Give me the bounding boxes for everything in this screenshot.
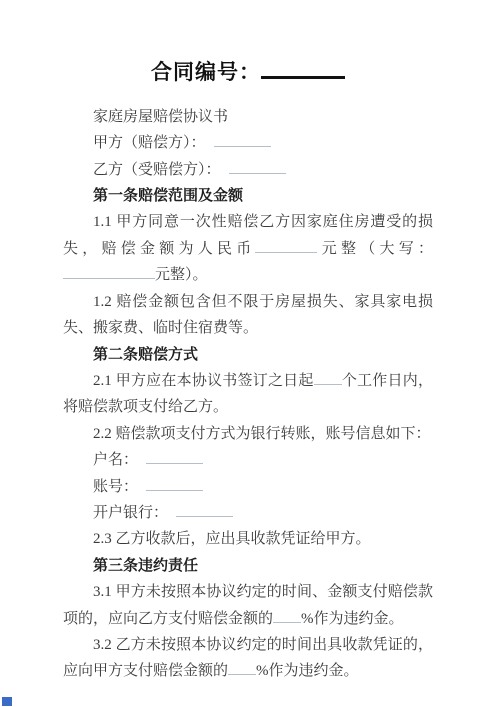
clause-3-1-tail: %作为违约金。 — [301, 611, 404, 627]
article-3-heading: 第三条违约责任 — [63, 553, 433, 579]
clause-3-1: 3.1 甲方未按照本协议约定的时间、金额支付赔偿款项的，应向乙方支付赔偿金额的%… — [63, 579, 433, 632]
clause-3-2: 3.2 乙方未按照本协议约定的时间出具收款凭证的，应向甲方支付赔偿金额的%作为违… — [63, 632, 433, 685]
clause-1-1: 1.1 甲方同意一次性赔偿乙方因家庭住房遭受的损失，赔偿金额为人民币元整（大写：… — [63, 209, 433, 288]
bank-blank — [176, 502, 233, 517]
party-a-line: 甲方（赔偿方）： — [63, 130, 433, 156]
contract-number-title: 合同编号： — [63, 58, 433, 87]
contract-body: 家庭房屋赔偿协议书 甲方（赔偿方）： 乙方（受赔偿方）： 第一条赔偿范围及金额 … — [63, 104, 433, 685]
amount-in-words-blank — [63, 264, 155, 279]
party-a-blank — [214, 132, 271, 147]
account-name-line: 户名： — [63, 447, 433, 473]
corner-watermark-square — [2, 697, 12, 706]
clause-3-2-tail: %作为违约金。 — [256, 663, 359, 679]
bank-label: 开户银行： — [93, 505, 168, 521]
clause-2-1: 2.1 甲方应在本协议书签订之日起个工作日内，将赔偿款项支付给乙方。 — [63, 368, 433, 421]
account-number-blank — [146, 475, 203, 490]
contract-document-page: 合同编号： 家庭房屋赔偿协议书 甲方（赔偿方）： 乙方（受赔偿方）： 第一条赔偿… — [0, 0, 500, 707]
party-b-line: 乙方（受赔偿方）： — [63, 157, 433, 183]
working-days-blank — [314, 370, 342, 385]
article-2-heading: 第二条赔偿方式 — [63, 342, 433, 368]
clause-1-2: 1.2 赔偿金额包含但不限于房屋损失、家具家电损失、搬家费、临时住宿费等。 — [63, 289, 433, 342]
bank-line: 开户银行： — [63, 500, 433, 526]
amount-blank — [255, 238, 317, 253]
account-name-label: 户名： — [93, 452, 138, 468]
contract-number-label: 合同编号： — [151, 61, 261, 84]
clause-1-1-caps-label: 元整（大写： — [317, 241, 433, 257]
clause-2-2: 2.2 赔偿款项支付方式为银行转账，账号信息如下： — [63, 421, 433, 447]
clause-2-3: 2.3 乙方收款后，应出具收款凭证给甲方。 — [63, 526, 433, 552]
clause-1-1-tail: 元整）。 — [155, 267, 208, 283]
party-a-label: 甲方（赔偿方）： — [93, 135, 206, 151]
party-a-penalty-percent-blank — [273, 607, 301, 622]
party-b-blank — [229, 158, 286, 173]
account-number-label: 账号： — [93, 479, 138, 495]
contract-number-blank — [261, 58, 345, 79]
article-1-heading: 第一条赔偿范围及金额 — [63, 183, 433, 209]
party-b-penalty-percent-blank — [228, 660, 256, 675]
party-b-label: 乙方（受赔偿方）： — [93, 162, 221, 178]
agreement-subtitle: 家庭房屋赔偿协议书 — [63, 104, 433, 130]
clause-2-1-text: 2.1 甲方应在本协议书签订之日起 — [93, 373, 314, 389]
account-number-line: 账号： — [63, 474, 433, 500]
account-name-blank — [146, 449, 203, 464]
